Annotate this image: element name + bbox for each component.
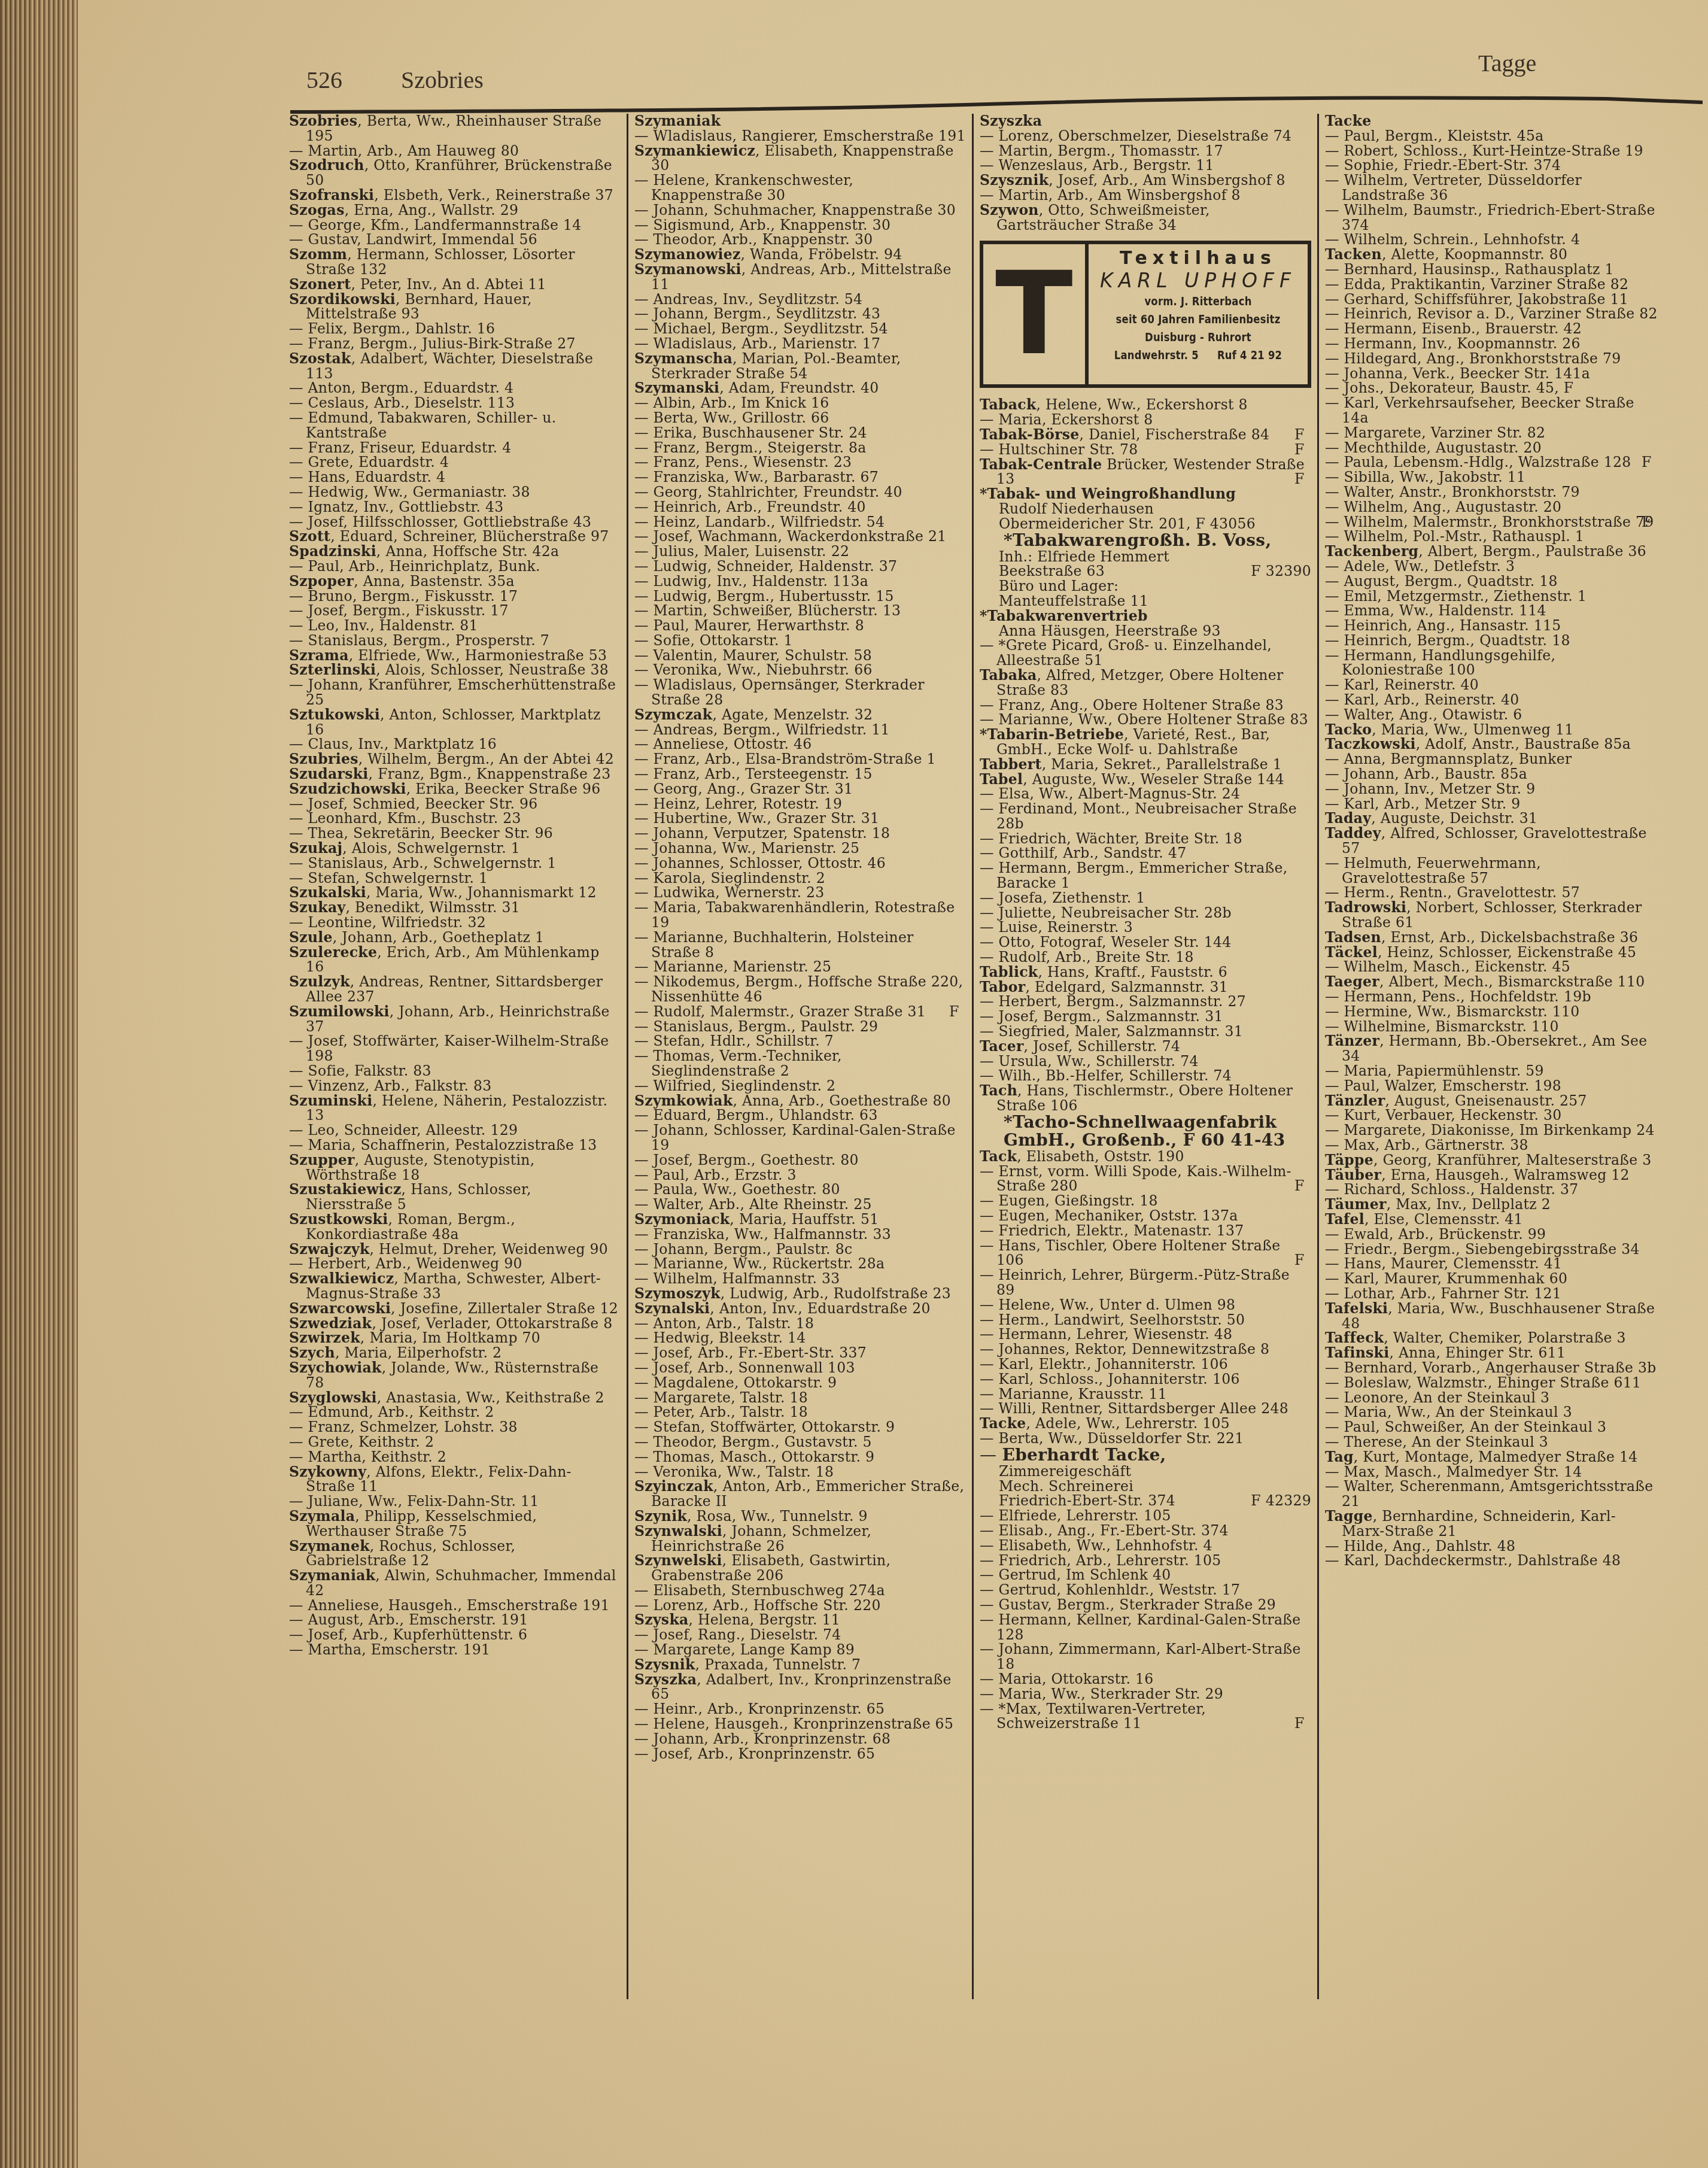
directory-sub-entry: Johann, Inv., Metzer Str. 9 xyxy=(1325,782,1658,797)
entry-details: Max, Masch., Malmedyer Str. 14 xyxy=(1344,1463,1582,1480)
directory-sub-entry: Stanislaus, Bergm., Paulstr. 29 xyxy=(634,1019,966,1034)
directory-sub-entry: Ewald, Arb., Brückenstr. 99 xyxy=(1325,1227,1658,1242)
entry-details: Johann, Schuhmacher, Knappenstraße 30 xyxy=(654,202,956,218)
entry-details: , Rosa, Ww., Tunnelstr. 9 xyxy=(687,1508,868,1525)
directory-sub-entry: Hermann, Eisenb., Brauerstr. 42 xyxy=(1325,321,1658,336)
directory-sub-entry: Paul, Arb., Heinrichplatz, Bunk. xyxy=(289,559,621,574)
ad-text: Textilhaus KARL UPHOFF vorm. J. Ritterba… xyxy=(1089,244,1308,384)
directory-sub-entry: Veronika, Ww., Niebuhrstr. 66 xyxy=(634,663,966,678)
directory-entry: Tacer, Josef, Schillerstr. 74 xyxy=(980,1039,1311,1054)
directory-entry: Tafinski, Anna, Ehinger Str. 611 xyxy=(1325,1346,1658,1361)
entry-details: Karl, Arb., Metzer Str. 9 xyxy=(1344,795,1521,812)
entry-details: Boleslaw, Walzmstr., Ehinger Straße 611 xyxy=(1344,1374,1642,1391)
entry-details: Franz, Arb., Tersteegenstr. 15 xyxy=(654,766,873,782)
entry-details: Josef, Bergm., Fiskusstr. 17 xyxy=(308,602,509,619)
directory-entry: Tach, Hans, Tischlermstr., Obere Holtene… xyxy=(980,1083,1311,1113)
directory-sub-entry: Max, Arb., Gärtnerstr. 38 xyxy=(1325,1138,1658,1153)
directory-sub-entry: Elfriede, Lehrerstr. 105 xyxy=(980,1508,1311,1523)
entry-details: , Walter, Chemiker, Polarstraße 3 xyxy=(1384,1329,1626,1346)
entry-details: Johannes, Schlosser, Ottostr. 46 xyxy=(654,855,886,872)
directory-sub-entry: Johs., Dekorateur, Baustr. 45, F xyxy=(1325,381,1658,396)
entry-details: Johann, Zimmermann, Karl-Albert-Straße 1… xyxy=(996,1641,1301,1672)
entry-details: Johanna, Ww., Marienstr. 25 xyxy=(654,840,860,857)
directory-entry: Taddey, Alfred, Schlosser, Gravelottestr… xyxy=(1325,826,1658,856)
entry-details: Anneliese, Hausgeh., Emscherstraße 191 xyxy=(308,1597,610,1614)
entry-details: Thea, Sekretärin, Beecker Str. 96 xyxy=(308,825,553,842)
entry-details: Karl, Dachdeckermstr., Dahlstraße 48 xyxy=(1344,1552,1621,1569)
directory-sub-entry: Sofie, Ottokarstr. 1 xyxy=(634,633,966,648)
directory-sub-entry: Josef, Wachmann, Wackerdonkstraße 21 xyxy=(634,529,966,544)
entry-surname: Tackenberg xyxy=(1325,543,1418,560)
entry-details: Walter, Ang., Otawistr. 6 xyxy=(1344,706,1522,723)
entry-details: Marianne, Marienstr. 25 xyxy=(654,958,832,975)
directory-entry: Szobries, Berta, Ww., Rheinhauser Straße… xyxy=(289,114,621,144)
entry-details: , Elisabeth, Oststr. 190 xyxy=(1017,1148,1184,1165)
entry-details: Edmund, Tabakwaren, Schiller- u. Kantstr… xyxy=(306,409,557,441)
directory-sub-entry: Hilde, Ang., Dahlstr. 48 xyxy=(1325,1539,1658,1554)
entry-surname: Szpoper xyxy=(289,573,354,590)
entry-surname: Tag xyxy=(1325,1449,1354,1465)
directory-entry: Szynwalski, Johann, Schmelzer, Heinrichs… xyxy=(634,1524,966,1554)
entry-details: Helene, Ww., Unter d. Ulmen 98 xyxy=(999,1296,1236,1313)
directory-entry: Szofranski, Elsbeth, Verk., Reinerstraße… xyxy=(289,188,621,203)
entry-details: Gertrud, Im Schlenk 40 xyxy=(999,1566,1171,1583)
directory-entry: Szymaniak xyxy=(634,114,966,129)
entry-details: , Max, Inv., Dellplatz 2 xyxy=(1387,1196,1551,1213)
entry-details: Leonore, An der Steinkaul 3 xyxy=(1344,1389,1550,1406)
entry-details: Heinz, Landarb., Wilfriedstr. 54 xyxy=(654,514,885,530)
directory-entry: Szott, Eduard, Schreiner, Blücherstraße … xyxy=(289,529,621,544)
entry-details: Margarete, Talstr. 18 xyxy=(654,1389,808,1406)
entry-details: Hermann, Pens., Hochfeldstr. 19b xyxy=(1344,988,1591,1005)
directory-sub-entry: Martin, Bergm., Thomasstr. 17 xyxy=(980,144,1311,159)
directory-entry: Szrama, Elfriede, Ww., Harmoniestraße 53 xyxy=(289,648,621,663)
entry-details: , Hans, Tischlermstr., Obere Holtener St… xyxy=(996,1082,1293,1114)
entry-surname: Szyska xyxy=(634,1611,689,1628)
entry-details: Wilh., Bb.-Helfer, Schillerstr. 74 xyxy=(999,1067,1232,1084)
directory-sub-entry: Lorenz, Oberschmelzer, Dieselstraße 74 xyxy=(980,129,1311,144)
entry-surname: Szymanowiez xyxy=(634,246,741,263)
entry-surname: Szustakiewicz xyxy=(289,1181,402,1198)
directory-sub-entry: Emma, Ww., Haldenstr. 114 xyxy=(1325,603,1658,618)
directory-sub-entry: Josef, Stoffwärter, Kaiser-Wilhelm-Straß… xyxy=(289,1034,621,1064)
entry-surname: Spadzinski xyxy=(289,543,376,560)
entry-details: Friedrich-Ebert-Str. 374 xyxy=(999,1492,1175,1509)
directory-entry: Szwalkiewicz, Martha, Schwester, Albert-… xyxy=(289,1271,621,1301)
entry-surname: Szymala xyxy=(289,1508,355,1525)
directory-sub-entry: Thea, Sekretärin, Beecker Str. 96 xyxy=(289,826,621,841)
directory-sub-entry: Walter, Scherenmann, Amtsgerichtsstraße … xyxy=(1325,1479,1658,1509)
directory-sub-entry: Wladislaus, Rangierer, Emscherstraße 191 xyxy=(634,129,966,144)
entry-details: Friedrich, Arb., Lehrerstr. 105 xyxy=(999,1552,1221,1569)
entry-details: , Maria, Sekret., Parallelstraße 1 xyxy=(1042,756,1282,773)
entry-details: , Alois, Schlosser, Neustraße 38 xyxy=(376,661,609,678)
directory-entry: Szwirzek, Maria, Im Holtkamp 70 xyxy=(289,1331,621,1346)
entry-details: , Wilhelm, Bergm., An der Abtei 42 xyxy=(358,751,614,767)
directory-sub-entry: Josef, Bergm., Goethestr. 80 xyxy=(634,1153,966,1168)
entry-surname: Szymanek xyxy=(289,1538,370,1554)
directory-sub-entry: Peter, Arb., Talstr. 18 xyxy=(634,1405,966,1420)
directory-sub-entry: Heinrich, Ang., Hansastr. 115 xyxy=(1325,618,1658,633)
entry-details: Paul, Walzer, Emscherstr. 198 xyxy=(1344,1077,1561,1094)
entry-surname: Szymczak xyxy=(634,706,712,723)
directory-sub-entry: Johannes, Rektor, Dennewitzstraße 8 xyxy=(980,1342,1311,1357)
directory-sub-entry: Eduard, Bergm., Uhlandstr. 63 xyxy=(634,1108,966,1123)
column-2: SzymaniakWladislaus, Rangierer, Emschers… xyxy=(630,114,974,1999)
entry-details: Wilhelm, Halfmannstr. 33 xyxy=(654,1270,840,1287)
entry-details: Helmuth, Feuerwehrmann, Gravelottestraße… xyxy=(1342,855,1541,886)
entry-details: Paula, Lebensm.-Hdlg., Walzstraße 128 xyxy=(1344,454,1631,470)
entry-details: Franz, Bergm., Steigerstr. 8a xyxy=(654,439,867,456)
column-3: SzyszkaLorenz, Oberschmelzer, Dieselstra… xyxy=(975,114,1319,1999)
entry-details: , Hans, Kraftf., Fauststr. 6 xyxy=(1038,964,1227,980)
directory-sub-entry: Stefan, Hdlr., Schillstr. 7 xyxy=(634,1034,966,1049)
directory-entry: Szyszka, Adalbert, Inv., Kronprinzenstra… xyxy=(634,1672,966,1702)
entry-details: Wladislaus, Arb., Marienstr. 17 xyxy=(654,335,881,352)
entry-details: Heinrich, Ang., Hansastr. 115 xyxy=(1344,617,1561,634)
entry-details: Lorenz, Oberschmelzer, Dieselstraße 74 xyxy=(999,127,1292,144)
entry-details: Leo, Inv., Haldenstr. 81 xyxy=(308,617,478,634)
directory-sub-entry: Wilfried, Sieglindenstr. 2 xyxy=(634,1079,966,1094)
entry-details: Josef, Wachmann, Wackerdonkstraße 21 xyxy=(654,528,947,545)
entry-details: Paul, Arb., Heinrichplatz, Bunk. xyxy=(308,558,540,575)
directory-sub-entry: Wilhelm, Vertreter, Düsseldorfer Landstr… xyxy=(1325,173,1658,203)
directory-sub-entry: Thomas, Verm.-Techniker, Sieglindenstraß… xyxy=(634,1049,966,1079)
directory-sub-entry: Paul, Maurer, Herwarthstr. 8 xyxy=(634,618,966,633)
entry-details: Gustav, Bergm., Sterkrader Straße 29 xyxy=(999,1596,1276,1613)
directory-entry: Szustkowski, Roman, Bergm., Konkordiastr… xyxy=(289,1212,621,1242)
directory-sub-entry: Josef, Arb., Sonnenwall 103 xyxy=(634,1361,966,1376)
entry-details: Josef, Bergm., Salzmannstr. 31 xyxy=(999,1008,1223,1025)
entry-details: Anna Häusgen, Heerstraße 93 xyxy=(999,623,1221,639)
directory-sub-entry: Hans, Maurer, Clemensstr. 41 xyxy=(1325,1256,1658,1271)
entry-continuation: Zimmereigeschäft xyxy=(980,1464,1311,1479)
entry-continuation: Beekstraße 63F 32390 xyxy=(980,564,1311,579)
entry-details: August, Bergm., Quadtstr. 18 xyxy=(1344,573,1558,590)
entry-details: Martin, Schweißer, Blücherstr. 13 xyxy=(654,602,901,619)
directory-sub-entry: Heinr., Arb., Kronprinzenstr. 65 xyxy=(634,1702,966,1717)
directory-sub-entry: Karl, Verkehrsaufseher, Beecker Straße 1… xyxy=(1325,396,1658,426)
entry-surname: Täppe xyxy=(1325,1152,1373,1168)
entry-surname: Szterlinski xyxy=(289,661,376,678)
ad-phone: Ruf 4 21 92 xyxy=(1217,346,1282,364)
directory-sub-entry: Hermann, Kellner, Kardinal-Galen-Straße … xyxy=(980,1613,1311,1642)
entry-details: Grete, Keithstr. 2 xyxy=(308,1434,434,1450)
entry-details: Manteuffelstraße 11 xyxy=(999,593,1148,609)
entry-surname: Tafel xyxy=(1325,1211,1364,1228)
ad-logo-letter: T xyxy=(983,244,1089,384)
entry-surname: Szymkowiak xyxy=(634,1092,733,1109)
entry-surname: Taday xyxy=(1325,810,1371,827)
directory-sub-entry: Josef, Hilfsschlosser, Gottliebstraße 43 xyxy=(289,515,621,530)
directory-entry: Tack, Elisabeth, Oststr. 190 xyxy=(980,1149,1311,1164)
directory-entry: Spadzinski, Anna, Hoffsche Str. 42a xyxy=(289,544,621,559)
entry-details: Friedrich, Elektr., Matenastr. 137 xyxy=(999,1222,1244,1239)
entry-details: Gustav, Landwirt, Immendal 56 xyxy=(308,231,537,248)
entry-surname: Szynwelski xyxy=(634,1552,722,1569)
entry-details: , Benedikt, Wilmsstr. 31 xyxy=(345,899,520,916)
directory-sub-entry: Wilhelm, Masch., Eickenstr. 45 xyxy=(1325,959,1658,974)
directory-sub-entry: August, Arb., Emscherstr. 191 xyxy=(289,1613,621,1627)
directory-sub-entry: Edmund, Arb., Keithstr. 2 xyxy=(289,1405,621,1420)
directory-entry: Szudzichowski, Erika, Beecker Straße 96 xyxy=(289,782,621,797)
directory-sub-entry: Gustav, Bergm., Sterkrader Straße 29 xyxy=(980,1598,1311,1613)
entry-details: Emil, Metzgermstr., Ziethenstr. 1 xyxy=(1344,588,1587,605)
entry-details: Michael, Bergm., Seydlitzstr. 54 xyxy=(654,320,888,337)
entry-details: , Alois, Schwelgernstr. 1 xyxy=(342,840,520,857)
entry-details: Walter, Anstr., Bronkhorststr. 79 xyxy=(1344,484,1580,500)
entry-details: Paul, Bergm., Kleiststr. 45a xyxy=(1344,127,1544,144)
directory-entry: *Tabak- und Weingroßhandlung xyxy=(980,487,1311,502)
entry-details: Claus, Inv., Marktplatz 16 xyxy=(308,736,497,752)
last-keyword: Tagge xyxy=(1478,49,1536,77)
entry-details: Ludwig, Inv., Haldenstr. 113a xyxy=(654,573,868,590)
entry-surname: Tack xyxy=(980,1148,1017,1165)
directory-sub-entry: Franz, Schmelzer, Lohstr. 38 xyxy=(289,1420,621,1435)
directory-sub-entry: Sibilla, Ww., Jakobstr. 11 xyxy=(1325,470,1658,485)
entry-details: , Josef, Verlader, Ottokarstraße 8 xyxy=(372,1315,612,1332)
entry-details: Hermann, Bergm., Emmericher Straße, Bara… xyxy=(996,860,1288,891)
entry-surname: *Tabarin-Betriebe xyxy=(980,726,1124,743)
directory-sub-entry: Julius, Maler, Luisenstr. 22 xyxy=(634,544,966,559)
directory-sub-entry: Helmuth, Feuerwehrmann, Gravelottestraße… xyxy=(1325,856,1658,886)
entry-details: Ludwig, Bergm., Hubertusstr. 15 xyxy=(654,588,894,605)
directory-sub-entry: Ignatz, Inv., Gottliebstr. 43 xyxy=(289,500,621,515)
entry-details: Franz, Pens., Wiesenstr. 23 xyxy=(654,454,852,470)
directory-sub-entry: Elisabeth, Sternbuschweg 274a xyxy=(634,1583,966,1598)
entry-surname: Tabak-Centrale xyxy=(980,456,1102,473)
entry-details: , Franz, Bgm., Knappenstraße 23 xyxy=(369,766,611,782)
entry-details: Franz, Schmelzer, Lohstr. 38 xyxy=(308,1419,518,1435)
entry-details: Thomas, Verm.-Techniker, Sieglindenstraß… xyxy=(651,1047,842,1079)
entry-details: Johann, Bergm., Seydlitzstr. 43 xyxy=(654,305,881,322)
entry-details: Ludwig, Schneider, Haldenstr. 37 xyxy=(654,558,898,575)
entry-details: Friedr., Bergm., Siebengebirgsstraße 34 xyxy=(1344,1241,1640,1258)
directory-sub-entry: August, Bergm., Quadtstr. 18 xyxy=(1325,574,1658,589)
entry-surname: Szwarcowski xyxy=(289,1300,391,1317)
entry-details: Max, Arb., Gärtnerstr. 38 xyxy=(1344,1137,1528,1153)
directory-sub-entry: Elsa, Ww., Albert-Magnus-Str. 24 xyxy=(980,787,1311,801)
entry-details: Sophie, Friedr.-Ebert-Str. 374 xyxy=(1344,157,1561,174)
entry-details: Margarete, Varziner Str. 82 xyxy=(1344,424,1546,441)
entry-details: Otto, Fotograf, Weseler Str. 144 xyxy=(999,934,1232,951)
directory-sub-entry: Johann, Arb., Baustr. 85a xyxy=(1325,767,1658,782)
directory-sub-entry: Robert, Schloss., Kurt-Heintze-Straße 19 xyxy=(1325,144,1658,159)
directory-entry: Szwarcowski, Josefine, Zillertaler Straß… xyxy=(289,1301,621,1316)
entry-details: Wilhelm, Ang., Augustastr. 20 xyxy=(1344,499,1562,515)
entry-details: Lothar, Arb., Fahrner Str. 121 xyxy=(1344,1285,1561,1302)
entry-details: Paula, Ww., Goethestr. 80 xyxy=(654,1181,840,1198)
entry-surname: Szofranski xyxy=(289,187,374,204)
directory-sub-entry: Margarete, Lange Kamp 89 xyxy=(634,1642,966,1657)
entry-surname: Täuber xyxy=(1325,1167,1381,1183)
directory-sub-entry: Josef, Arb., Kupferhüttenstr. 6 xyxy=(289,1627,621,1642)
entry-details: , Elfriede, Ww., Harmoniestraße 53 xyxy=(349,647,607,664)
entry-details: Hedwig, Bleekstr. 14 xyxy=(654,1329,806,1346)
first-keyword: Szobries xyxy=(401,66,484,94)
entry-details: George, Kfm., Landfermannstraße 14 xyxy=(308,217,582,233)
entry-surname: Szyglowski xyxy=(289,1389,377,1406)
entry-details: Leo, Schneider, Alleestr. 129 xyxy=(308,1122,518,1138)
directory-sub-entry: Willi, Rentner, Sittardsberger Allee 248 xyxy=(980,1401,1311,1416)
directory-sub-entry: Bruno, Bergm., Fiskusstr. 17 xyxy=(289,589,621,604)
directory-sub-entry: Leontine, Wilfriedstr. 32 xyxy=(289,915,621,930)
entry-details: Rudolf, Arb., Breite Str. 18 xyxy=(999,949,1194,965)
directory-sub-entry: Sigismund, Arb., Knappenstr. 30 xyxy=(634,218,966,233)
entry-surname: Tabel xyxy=(980,771,1023,788)
directory-sub-entry: Wilh., Bb.-Helfer, Schillerstr. 74 xyxy=(980,1068,1311,1083)
entry-details: Georg, Ang., Grazer Str. 31 xyxy=(654,781,853,797)
entry-details: Herm., Rentn., Gravelottestr. 57 xyxy=(1344,884,1580,901)
entry-surname: Tafelski xyxy=(1325,1300,1388,1317)
directory-sub-entry: Friedrich, Arb., Lehrerstr. 105 xyxy=(980,1553,1311,1568)
directory-sub-entry: Johann, Arb., Kronprinzenstr. 68 xyxy=(634,1732,966,1747)
entry-details: Hultschiner Str. 78 xyxy=(999,441,1138,458)
directory-sub-entry: Sofie, Falkstr. 83 xyxy=(289,1064,621,1079)
directory-entry: Szymala, Philipp, Kesselschmied, Werthau… xyxy=(289,1509,621,1539)
entry-details: Edda, Praktikantin, Varziner Straße 82 xyxy=(1344,276,1629,293)
directory-sub-entry: Helene, Krankenschwester, Knappenstraße … xyxy=(634,173,966,203)
entry-details: , Wanda, Fröbelstr. 94 xyxy=(741,246,902,263)
directory-sub-entry: Franziska, Ww., Halfmannstr. 33 xyxy=(634,1227,966,1242)
directory-entry: Szymankiewicz, Elisabeth, Knappenstraße … xyxy=(634,144,966,174)
directory-sub-entry: *Max, Textilwaren-Vertreter, Schweizerst… xyxy=(980,1702,1311,1732)
entry-details: , Josefine, Zillertaler Straße 12 xyxy=(391,1300,618,1317)
directory-entry: Szulerecke, Erich, Arb., Am Mühlenkamp 1… xyxy=(289,945,621,975)
entry-surname: Tabbert xyxy=(980,756,1042,773)
entry-details: Josef, Arb., Kupferhüttenstr. 6 xyxy=(308,1626,528,1643)
directory-sub-entry: Kurt, Verbauer, Heckenstr. 30 xyxy=(1325,1108,1658,1123)
directory-sub-entry: Helene, Ww., Unter d. Ulmen 98 xyxy=(980,1298,1311,1313)
entry-surname: Szymanscha xyxy=(634,350,733,367)
entry-details: Inh.: Elfriede Hemmert xyxy=(999,548,1169,565)
directory-sub-entry: Karl, Maurer, Krummenhak 60 xyxy=(1325,1271,1658,1286)
entry-surname: Tadsen xyxy=(1325,929,1381,946)
entry-details: Hubertine, Ww., Grazer Str. 31 xyxy=(654,810,880,827)
directory-sub-entry: Elisabeth, Ww., Lehnhofstr. 4 xyxy=(980,1538,1311,1553)
entry-surname: Szukaj xyxy=(289,840,342,857)
directory-sub-entry: Heinrich, Bergm., Quadtstr. 18 xyxy=(1325,633,1658,648)
entry-details: , Agate, Menzelstr. 32 xyxy=(712,706,873,723)
entry-details: Herbert, Arb., Weidenweg 90 xyxy=(308,1255,522,1272)
entry-details: Helene, Hausgeh., Kronprinzenstraße 65 xyxy=(654,1715,954,1732)
entry-surname: Tabor xyxy=(980,979,1025,995)
entry-details: Karl, Schloss., Johanniterstr. 106 xyxy=(999,1371,1240,1387)
entry-surname: Szyszka xyxy=(634,1671,697,1688)
entry-continuation: Friedrich-Ebert-Str. 374F 42329 xyxy=(980,1493,1311,1508)
directory-entry: Szumilowski, Johann, Arb., Heinrichstraß… xyxy=(289,1004,621,1034)
entry-details: Herbert, Bergm., Salzmannstr. 27 xyxy=(999,993,1247,1010)
entry-surname: Szywon xyxy=(980,202,1039,218)
business-entry: — Eberhardt Tacke, xyxy=(980,1446,1311,1464)
directory-sub-entry: Johann, Bergm., Seydlitzstr. 43 xyxy=(634,306,966,321)
entry-surname: Tänzer xyxy=(1325,1033,1379,1049)
directory-entry: Szymkowiak, Anna, Arb., Goethestraße 80 xyxy=(634,1094,966,1109)
directory-entry: Tabaka, Alfred, Metzger, Obere Holtener … xyxy=(980,668,1311,698)
directory-sub-entry: Johanna, Ww., Marienstr. 25 xyxy=(634,841,966,856)
entry-surname: Tänzler xyxy=(1325,1092,1385,1109)
directory-sub-entry: Paula, Lebensm.-Hdlg., Walzstraße 128F xyxy=(1325,455,1658,470)
directory-sub-entry: Paul, Walzer, Emscherstr. 198 xyxy=(1325,1079,1658,1094)
directory-entry: Szymanowiez, Wanda, Fröbelstr. 94 xyxy=(634,247,966,262)
directory-sub-entry: Martin, Arb., Am Winsbergshof 8 xyxy=(980,188,1311,203)
entry-details: Adele, Ww., Detlefstr. 3 xyxy=(1344,558,1515,575)
directory-sub-entry: Hans, Eduardstr. 4 xyxy=(289,470,621,485)
directory-sub-entry: Edda, Praktikantin, Varziner Straße 82 xyxy=(1325,277,1658,292)
entry-continuation: Rudolf Niederhausen xyxy=(980,502,1311,517)
phone-marker: F 42329 xyxy=(1251,1493,1311,1508)
directory-sub-entry: Marianne, Krausstr. 11 xyxy=(980,1387,1311,1402)
directory-entry: Tackenberg, Albert, Bergm., Paulstraße 3… xyxy=(1325,544,1658,559)
entry-details: Theodor, Bergm., Gustavstr. 5 xyxy=(654,1434,872,1450)
ad-title: Textilhaus xyxy=(1089,248,1308,269)
directory-sub-entry: Maria, Papiermühlenstr. 59 xyxy=(1325,1064,1658,1079)
entry-surname: Szysnik xyxy=(634,1656,695,1673)
directory-sub-entry: Stefan, Schwelgernstr. 1 xyxy=(289,871,621,886)
directory-sub-entry: Johann, Schuhmacher, Knappenstraße 30 xyxy=(634,203,966,218)
directory-sub-entry: Marianne, Ww., Rückertstr. 28a xyxy=(634,1256,966,1271)
directory-sub-entry: Franz, Pens., Wiesenstr. 23 xyxy=(634,455,966,470)
entry-continuation: Manteuffelstraße 11 xyxy=(980,594,1311,609)
directory-entry: Szubries, Wilhelm, Bergm., An der Abtei … xyxy=(289,752,621,767)
entry-details: Paul, Maurer, Herwarthstr. 8 xyxy=(654,617,864,634)
entry-details: , Maria, Ww., Ulmenweg 11 xyxy=(1372,721,1573,738)
directory-sub-entry: Georg, Ang., Grazer Str. 31 xyxy=(634,782,966,797)
directory-sub-entry: Josef, Bergm., Salzmannstr. 31 xyxy=(980,1009,1311,1024)
entry-details: Hermann, Inv., Koopmannstr. 26 xyxy=(1344,335,1581,352)
entry-details: Josefa, Ziethenstr. 1 xyxy=(999,889,1145,906)
directory-sub-entry: Theodor, Arb., Knappenstr. 30 xyxy=(634,232,966,247)
directory-sub-entry: Otto, Fotograf, Weseler Str. 144 xyxy=(980,935,1311,950)
directory-entry: Tafelski, Maria, Ww., Buschhausener Stra… xyxy=(1325,1301,1658,1331)
directory-sub-entry: Leonhard, Kfm., Buschstr. 23 xyxy=(289,811,621,826)
entry-details: Stanislaus, Bergm., Paulstr. 29 xyxy=(654,1018,879,1035)
entry-details: Wladislaus, Rangierer, Emscherstraße 191 xyxy=(654,127,966,144)
entry-details: , Alfred, Schlosser, Gravelottestraße 57 xyxy=(1342,825,1647,857)
directory-sub-entry: Erika, Buschhausener Str. 24 xyxy=(634,426,966,441)
entry-details: Hildegard, Ang., Bronkhorststraße 79 xyxy=(1344,350,1621,367)
entry-details: Hermine, Ww., Bismarckstr. 110 xyxy=(1344,1003,1580,1020)
directory-sub-entry: Margarete, Varziner Str. 82 xyxy=(1325,426,1658,441)
directory-entry: Tänzler, August, Gneisenaustr. 257 xyxy=(1325,1094,1658,1109)
entry-surname: Täckel xyxy=(1325,944,1378,961)
entry-details: Franz, Ang., Obere Holtener Straße 83 xyxy=(999,697,1284,713)
directory-sub-entry: Hermann, Bergm., Emmericher Straße, Bara… xyxy=(980,861,1311,891)
entry-details: Stanislaus, Arb., Schwelgernstr. 1 xyxy=(308,855,557,872)
entry-details: Vinzenz, Arb., Falkstr. 83 xyxy=(308,1077,492,1094)
business-name: Eberhardt Tacke, xyxy=(1002,1445,1166,1465)
entry-surname: Szyszka xyxy=(980,113,1042,129)
directory-entry: Szymoszyk, Ludwig, Arb., Rudolfstraße 23 xyxy=(634,1286,966,1301)
directory-entry: Täuber, Erna, Hausgeh., Walramsweg 12 xyxy=(1325,1168,1658,1183)
entry-surname: Szulerecke xyxy=(289,944,377,961)
entry-details: Josef, Rang., Dieselstr. 74 xyxy=(654,1626,841,1643)
ditto-dash: — xyxy=(980,1445,1002,1465)
entry-details: Bruno, Bergm., Fiskusstr. 17 xyxy=(308,588,518,605)
entry-details: , Maria, Eilperhofstr. 2 xyxy=(335,1344,502,1361)
directory-sub-entry: Heinrich, Lehrer, Bürgerm.-Pütz-Straße 8… xyxy=(980,1268,1311,1298)
directory-sub-entry: Wilhelm, Pol.-Mstr., Rathauspl. 1 xyxy=(1325,529,1658,544)
directory-sub-entry: Paul, Schweißer, An der Steinkaul 3 xyxy=(1325,1420,1658,1435)
entry-details: Juliette, Neubreisacher Str. 28b xyxy=(999,904,1232,921)
directory-sub-entry: Paul, Arb., Erzstr. 3 xyxy=(634,1168,966,1183)
page-number: 526 xyxy=(306,66,342,94)
entry-details: Wilhelmine, Bismarckstr. 110 xyxy=(1344,1018,1559,1035)
entry-details: Josef, Stoffwärter, Kaiser-Wilhelm-Straß… xyxy=(306,1033,609,1064)
entry-surname: Szudzichowski xyxy=(289,781,406,797)
directory-entry: Szymoniack, Maria, Hauffstr. 51 xyxy=(634,1212,966,1227)
directory-sub-entry: Rudolf, Arb., Breite Str. 18 xyxy=(980,950,1311,965)
